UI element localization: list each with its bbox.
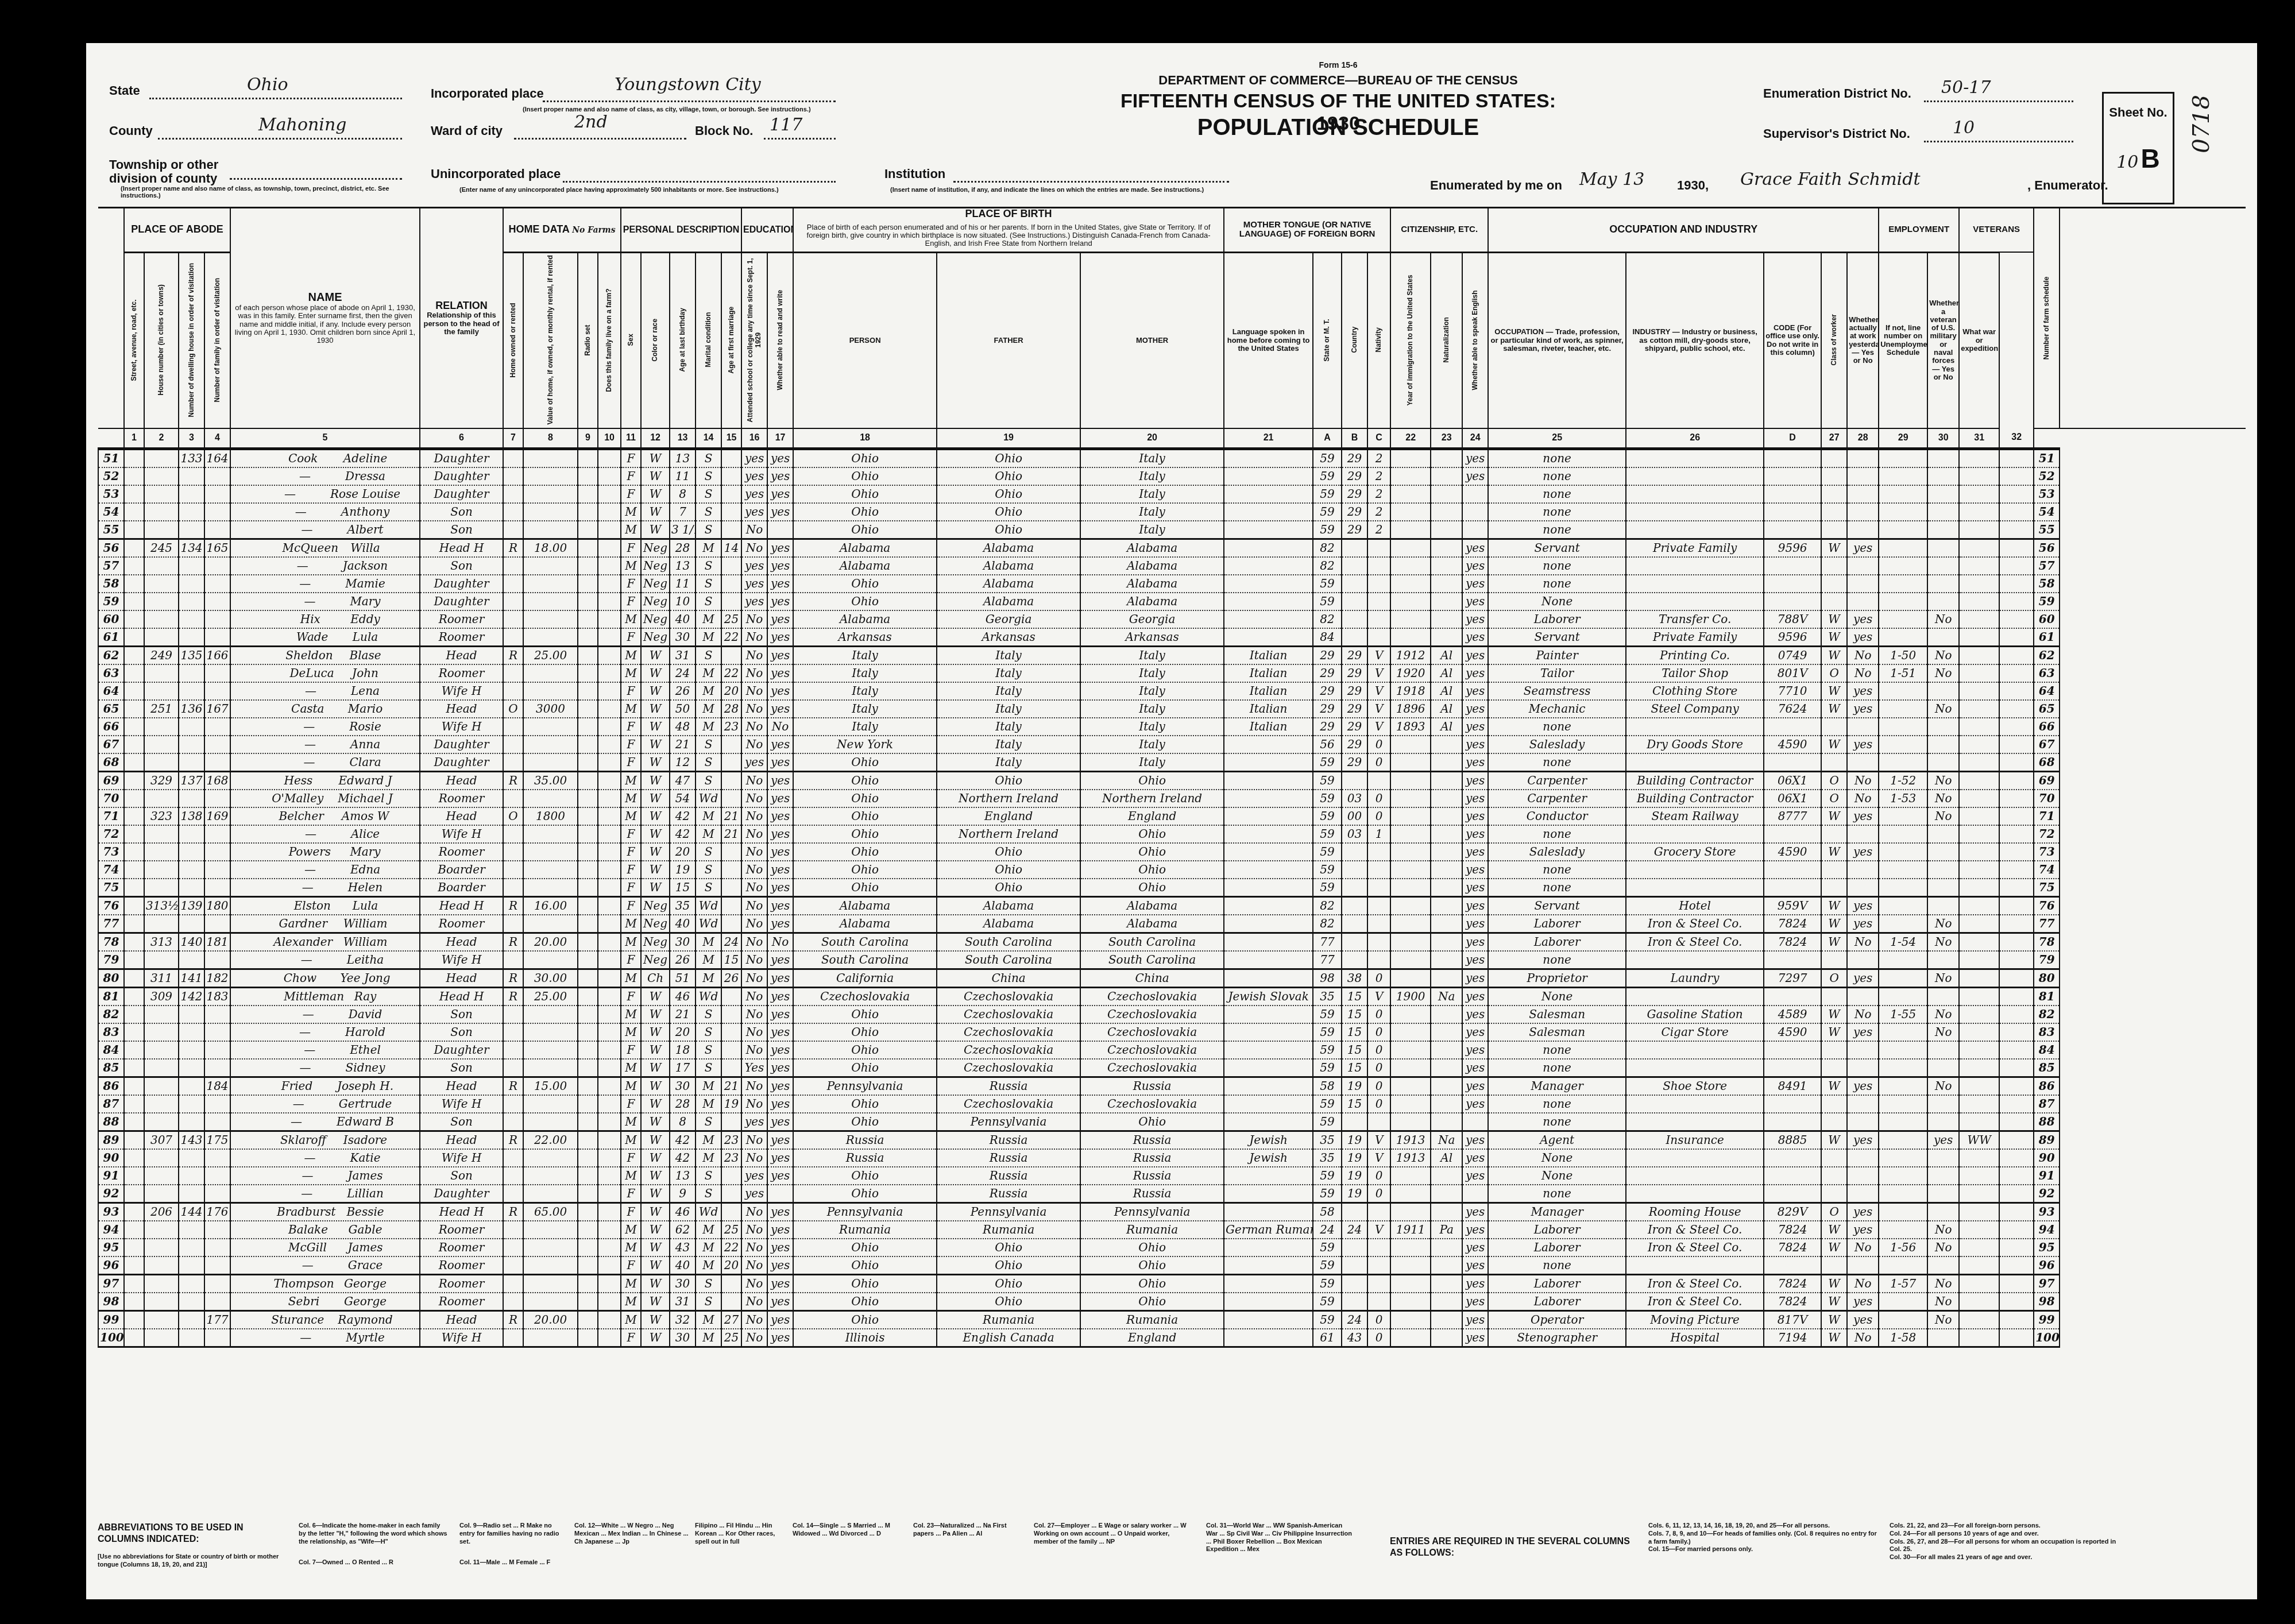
work-cell: [1847, 1095, 1879, 1113]
street-cell: [124, 753, 144, 772]
line-number-right: 80: [2034, 969, 2060, 987]
column-number: 31: [1959, 428, 1999, 449]
age-cell: 30: [670, 1329, 696, 1347]
name-cell: —Alice: [230, 825, 420, 843]
line-number: 90: [98, 1149, 124, 1167]
read-cell: yes: [767, 575, 793, 593]
school-cell: No: [741, 951, 767, 969]
work-cell: [1847, 825, 1879, 843]
given-name: Leitha: [347, 953, 384, 966]
race-cell: W: [641, 807, 670, 825]
age-marr-cell: [721, 575, 741, 593]
dwelling-cell: [179, 753, 204, 772]
pob-cell: Ohio: [793, 1023, 937, 1041]
dwelling-cell: [179, 664, 204, 682]
age-marr-cell: 21: [721, 1077, 741, 1095]
c-cell: [1367, 771, 1390, 790]
age-marr-cell: [721, 1113, 741, 1131]
farmsch-cell: [1999, 1274, 2034, 1293]
ind-cell: Shoe Store: [1626, 1077, 1764, 1095]
age-cell: 8: [670, 1113, 696, 1131]
marital-cell: Wd: [696, 987, 721, 1006]
line-number-right: 67: [2034, 736, 2060, 753]
sheet-side: B: [2141, 144, 2159, 173]
line-number-right: 77: [2034, 915, 2060, 933]
imm-cell: [1390, 896, 1431, 915]
sd-value: 10: [1953, 118, 1975, 138]
nat-cell: [1431, 575, 1462, 593]
read-cell: yes: [767, 1274, 793, 1293]
occ-cell: Painter: [1488, 646, 1626, 664]
pob-cell: Ohio: [793, 753, 937, 772]
abbrev-note: [Use no abbreviations for State or count…: [98, 1553, 287, 1569]
given-name: Anna: [350, 737, 380, 751]
street-cell: [124, 951, 144, 969]
column-number: 27: [1821, 428, 1847, 449]
nat-cell: Na: [1431, 987, 1462, 1006]
column-number: 19: [937, 428, 1080, 449]
street-cell: [124, 557, 144, 575]
header-sex: Sex: [621, 252, 641, 428]
b-cell: [1342, 879, 1367, 897]
unemp-cell: [1879, 1077, 1927, 1095]
occ-cell: none: [1488, 485, 1626, 503]
street-cell: [124, 1095, 144, 1113]
sex-cell: M: [621, 1131, 641, 1149]
pob-m-cell: China: [1080, 969, 1224, 987]
line-number-right: 87: [2034, 1095, 2060, 1113]
dwelling-cell: [179, 1185, 204, 1203]
sex-cell: M: [621, 933, 641, 951]
street-cell: [124, 646, 144, 664]
relation-cell: Son: [420, 1059, 503, 1077]
abbrev-col14: Col. 14—Single ... S Married ... M Widow…: [793, 1522, 902, 1538]
farmsch-cell: [1999, 771, 2034, 790]
column-number: 15: [721, 428, 741, 449]
work-cell: yes: [1847, 1131, 1879, 1149]
read-cell: yes: [767, 700, 793, 718]
b-cell: 15: [1342, 1059, 1367, 1077]
b-cell: 24: [1342, 1310, 1367, 1329]
street-cell: [124, 664, 144, 682]
read-cell: yes: [767, 879, 793, 897]
nat-cell: [1431, 1077, 1462, 1095]
code-cell: [1764, 861, 1821, 879]
b-cell: 29: [1342, 467, 1367, 485]
cls-cell: W: [1821, 682, 1847, 700]
nat-cell: [1431, 628, 1462, 647]
ind-cell: [1626, 593, 1764, 610]
pob-f-cell: Italy: [937, 664, 1080, 682]
given-name: Rosie: [349, 720, 381, 733]
surname: —: [265, 577, 345, 590]
sex-cell: M: [621, 807, 641, 825]
code-cell: [1764, 987, 1821, 1006]
family-cell: 181: [204, 933, 230, 951]
relation-cell: Roomer: [420, 1274, 503, 1293]
dwelling-cell: [179, 861, 204, 879]
sex-cell: F: [621, 718, 641, 736]
family-cell: [204, 861, 230, 879]
pob-cell: Alabama: [793, 915, 937, 933]
table-row: 69329137168HessEdward JHeadR35.00MW47SNo…: [98, 771, 2246, 790]
name-cell: —Clara: [230, 753, 420, 772]
c-cell: 0: [1367, 1095, 1390, 1113]
lang-cell: [1224, 1202, 1313, 1221]
lang-cell: [1224, 1329, 1313, 1347]
owned-cell: R: [503, 933, 523, 951]
street-cell: [124, 771, 144, 790]
pob-cell: Italy: [793, 682, 937, 700]
pob-m-cell: Italy: [1080, 521, 1224, 539]
owned-cell: R: [503, 771, 523, 790]
pob-f-cell: Northern Ireland: [937, 790, 1080, 807]
farmsch-cell: [1999, 628, 2034, 647]
school-cell: No: [741, 682, 767, 700]
line-number: 87: [98, 1095, 124, 1113]
age-cell: 17: [670, 1059, 696, 1077]
pob-cell: Ohio: [793, 1006, 937, 1023]
column-number: 26: [1626, 428, 1764, 449]
work-cell: [1847, 1113, 1879, 1131]
vet-cell: [1927, 593, 1959, 610]
pob-f-cell: Alabama: [937, 539, 1080, 557]
school-cell: No: [741, 664, 767, 682]
group-occupation-industry: OCCUPATION AND INDUSTRY: [1488, 208, 1879, 253]
code-cell: [1764, 718, 1821, 736]
relation-cell: Daughter: [420, 736, 503, 753]
unemp-cell: [1879, 896, 1927, 915]
pob-cell: Czechoslovakia: [793, 987, 937, 1006]
lang-cell: [1224, 593, 1313, 610]
line-number-right: 75: [2034, 879, 2060, 897]
line-number: 83: [98, 1023, 124, 1041]
relation-cell: Boarder: [420, 879, 503, 897]
cls-cell: [1821, 753, 1847, 772]
c-cell: [1367, 951, 1390, 969]
code-cell: 0749: [1764, 646, 1821, 664]
surname: Hix: [270, 612, 350, 626]
age-marr-cell: [721, 1041, 741, 1059]
marital-cell: S: [696, 593, 721, 610]
relation-cell: Head: [420, 807, 503, 825]
pob-cell: Ohio: [793, 771, 937, 790]
war-cell: [1959, 969, 1999, 987]
unemp-cell: [1879, 1149, 1927, 1167]
family-cell: [204, 610, 230, 628]
column-number: 5: [230, 428, 420, 449]
work-cell: No: [1847, 646, 1879, 664]
header-pob-father: FATHER: [937, 252, 1080, 428]
war-cell: [1959, 718, 1999, 736]
table-row: 89307143175SklaroffIsadoreHeadR22.00MW42…: [98, 1131, 2246, 1149]
lang-cell: [1224, 1256, 1313, 1275]
work-cell: yes: [1847, 1310, 1879, 1329]
farm-cell: [598, 1293, 621, 1311]
work-cell: [1847, 1256, 1879, 1275]
school-cell: yes: [741, 448, 767, 467]
pob-cell: Russia: [793, 1149, 937, 1167]
age-marr-cell: 22: [721, 628, 741, 647]
war-cell: [1959, 575, 1999, 593]
value-cell: 20.00: [523, 933, 578, 951]
pob-f-cell: Ohio: [937, 861, 1080, 879]
sex-cell: M: [621, 521, 641, 539]
ind-cell: Tailor Shop: [1626, 664, 1764, 682]
line-number: 89: [98, 1131, 124, 1149]
war-cell: [1959, 1256, 1999, 1275]
c-cell: 0: [1367, 1329, 1390, 1347]
relation-cell: Head H: [420, 539, 503, 557]
pob-cell: Ohio: [793, 790, 937, 807]
lang-cell: [1224, 825, 1313, 843]
pob-f-cell: Czechoslovakia: [937, 1041, 1080, 1059]
given-name: Dressa: [345, 469, 385, 483]
nat-cell: [1431, 896, 1462, 915]
lang-cell: [1224, 915, 1313, 933]
line-number: 55: [98, 521, 124, 539]
nat-cell: [1431, 1059, 1462, 1077]
sex-cell: M: [621, 503, 641, 521]
pob-m-cell: Alabama: [1080, 575, 1224, 593]
war-cell: [1959, 861, 1999, 879]
age-marr-cell: [721, 987, 741, 1006]
c-cell: [1367, 896, 1390, 915]
surname: Balake: [268, 1223, 349, 1236]
value-cell: 30.00: [523, 969, 578, 987]
given-name: Isadore: [343, 1133, 387, 1147]
table-row: 58—MamieDaughterFNeg11SyesyesOhioAlabama…: [98, 575, 2246, 593]
radio-cell: [578, 664, 598, 682]
value-cell: [523, 1293, 578, 1311]
ind-cell: Hotel: [1626, 896, 1764, 915]
age-cell: 30: [670, 933, 696, 951]
code-cell: [1764, 485, 1821, 503]
eng-cell: [1462, 1185, 1488, 1203]
ind-cell: [1626, 1095, 1764, 1113]
ind-cell: Grocery Store: [1626, 843, 1764, 861]
house-cell: [144, 736, 179, 753]
line-number: 96: [98, 1256, 124, 1275]
dwelling-cell: [179, 1239, 204, 1256]
code-cell: 7194: [1764, 1329, 1821, 1347]
dwelling-cell: [179, 485, 204, 503]
work-cell: [1847, 1149, 1879, 1167]
owned-cell: [503, 664, 523, 682]
surname: Sebri: [264, 1294, 344, 1308]
line-number: 65: [98, 700, 124, 718]
radio-cell: [578, 1113, 598, 1131]
line-number-right: 66: [2034, 718, 2060, 736]
value-cell: [523, 1239, 578, 1256]
read-cell: yes: [767, 1059, 793, 1077]
value-cell: 65.00: [523, 1202, 578, 1221]
pob-cell: Ohio: [793, 1239, 937, 1256]
pob-f-cell: England: [937, 807, 1080, 825]
column-number: 29: [1879, 428, 1927, 449]
radio-cell: [578, 1239, 598, 1256]
street-cell: [124, 1185, 144, 1203]
ind-cell: Cigar Store: [1626, 1023, 1764, 1041]
age-marr-cell: 22: [721, 1239, 741, 1256]
house-cell: [144, 1256, 179, 1275]
pob-cell: South Carolina: [793, 933, 937, 951]
occ-cell: Manager: [1488, 1077, 1626, 1095]
occ-cell: none: [1488, 879, 1626, 897]
imm-cell: [1390, 969, 1431, 987]
lang-cell: [1224, 951, 1313, 969]
a-cell: 98: [1313, 969, 1342, 987]
a-cell: 59: [1313, 521, 1342, 539]
read-cell: yes: [767, 448, 793, 467]
eng-cell: yes: [1462, 1167, 1488, 1185]
family-cell: [204, 593, 230, 610]
farmsch-cell: [1999, 896, 2034, 915]
vet-cell: [1927, 1059, 1959, 1077]
radio-cell: [578, 646, 598, 664]
line-number: 81: [98, 987, 124, 1006]
school-cell: Yes: [741, 1059, 767, 1077]
race-cell: W: [641, 448, 670, 467]
street-cell: [124, 736, 144, 753]
eng-cell: yes: [1462, 1274, 1488, 1293]
owned-cell: [503, 1023, 523, 1041]
unemp-cell: [1879, 718, 1927, 736]
street-cell: [124, 915, 144, 933]
line-number: 69: [98, 771, 124, 790]
entries-list-1: Cols. 6, 11, 12, 13, 14, 16, 18, 19, 20,…: [1648, 1522, 1878, 1554]
unemp-cell: [1879, 951, 1927, 969]
occ-cell: Carpenter: [1488, 790, 1626, 807]
street-cell: [124, 1113, 144, 1131]
age-marr-cell: 25: [721, 610, 741, 628]
dwelling-cell: [179, 593, 204, 610]
relation-cell: Son: [420, 1167, 503, 1185]
given-name: Mario: [348, 702, 382, 716]
eng-cell: yes: [1462, 825, 1488, 843]
c-cell: V: [1367, 718, 1390, 736]
lang-cell: [1224, 1006, 1313, 1023]
header-pob-person: PERSON: [793, 252, 937, 428]
war-cell: [1959, 682, 1999, 700]
owned-cell: [503, 628, 523, 647]
eng-cell: yes: [1462, 700, 1488, 718]
code-cell: 4590: [1764, 843, 1821, 861]
line-number-right: 98: [2034, 1293, 2060, 1311]
a-cell: 84: [1313, 628, 1342, 647]
c-cell: [1367, 610, 1390, 628]
line-number: 61: [98, 628, 124, 647]
column-number-row: 123456789101112131415161718192021ABC2223…: [98, 428, 2246, 449]
age-marr-cell: 21: [721, 807, 741, 825]
b-cell: [1342, 915, 1367, 933]
enumerator-label: , Enumerator.: [2027, 178, 2108, 193]
farm-cell: [598, 1239, 621, 1256]
pob-cell: Pennsylvania: [793, 1202, 937, 1221]
c-cell: 0: [1367, 1077, 1390, 1095]
table-row: 82—DavidSonMW21SNoyesOhioCzechoslovakiaC…: [98, 1006, 2246, 1023]
code-cell: 8491: [1764, 1077, 1821, 1095]
line-number: 70: [98, 790, 124, 807]
eng-cell: yes: [1462, 1023, 1488, 1041]
relation-cell: Head: [420, 933, 503, 951]
race-cell: W: [641, 1274, 670, 1293]
owned-cell: [503, 736, 523, 753]
a-cell: 59: [1313, 771, 1342, 790]
cls-cell: W: [1821, 807, 1847, 825]
imm-cell: [1390, 790, 1431, 807]
work-cell: [1847, 575, 1879, 593]
work-cell: yes: [1847, 915, 1879, 933]
owned-cell: [503, 1256, 523, 1275]
work-cell: yes: [1847, 969, 1879, 987]
family-cell: 180: [204, 896, 230, 915]
state-label: State: [109, 83, 140, 98]
code-cell: [1764, 1256, 1821, 1275]
lang-cell: [1224, 575, 1313, 593]
imm-cell: [1390, 1113, 1431, 1131]
war-cell: [1959, 790, 1999, 807]
code-cell: 7297: [1764, 969, 1821, 987]
table-row: 62249135166SheldonBlaseHeadR25.00MW31SNo…: [98, 646, 2246, 664]
vet-cell: No: [1927, 1006, 1959, 1023]
farmsch-cell: [1999, 879, 2034, 897]
age-marr-cell: [721, 646, 741, 664]
name-cell: SklaroffIsadore: [230, 1131, 420, 1149]
relation-cell: Head H: [420, 896, 503, 915]
read-cell: yes: [767, 1041, 793, 1059]
radio-cell: [578, 682, 598, 700]
unemp-cell: [1879, 1221, 1927, 1239]
pob-m-cell: Italy: [1080, 646, 1224, 664]
eng-cell: yes: [1462, 1077, 1488, 1095]
unemp-cell: 1-52: [1879, 771, 1927, 790]
pob-cell: Arkansas: [793, 628, 937, 647]
race-cell: W: [641, 736, 670, 753]
war-cell: [1959, 1185, 1999, 1203]
age-cell: 13: [670, 557, 696, 575]
table-row: 90—KatieWife HFW42M23NoyesRussiaRussiaRu…: [98, 1149, 2246, 1167]
colnum-blank: [2034, 428, 2060, 449]
group-veterans: VETERANS: [1959, 208, 2034, 253]
sex-cell: F: [621, 467, 641, 485]
imm-cell: [1390, 448, 1431, 467]
b-cell: 29: [1342, 718, 1367, 736]
lang-cell: [1224, 1167, 1313, 1185]
imm-cell: [1390, 521, 1431, 539]
family-cell: [204, 575, 230, 593]
nat-cell: [1431, 1185, 1462, 1203]
name-cell: —Helen: [230, 879, 420, 897]
unemp-cell: [1879, 1023, 1927, 1041]
dwelling-cell: 144: [179, 1202, 204, 1221]
lang-cell: [1224, 790, 1313, 807]
unemp-cell: [1879, 539, 1927, 557]
war-cell: [1959, 843, 1999, 861]
dwelling-cell: 134: [179, 539, 204, 557]
farm-cell: [598, 575, 621, 593]
occ-cell: Laborer: [1488, 933, 1626, 951]
work-cell: yes: [1847, 1023, 1879, 1041]
occ-cell: Laborer: [1488, 1239, 1626, 1256]
pob-m-cell: Alabama: [1080, 557, 1224, 575]
race-cell: W: [641, 843, 670, 861]
eng-cell: yes: [1462, 1006, 1488, 1023]
war-cell: [1959, 1077, 1999, 1095]
farmsch-cell: [1999, 557, 2034, 575]
given-name: Mary: [350, 594, 380, 608]
war-cell: [1959, 807, 1999, 825]
